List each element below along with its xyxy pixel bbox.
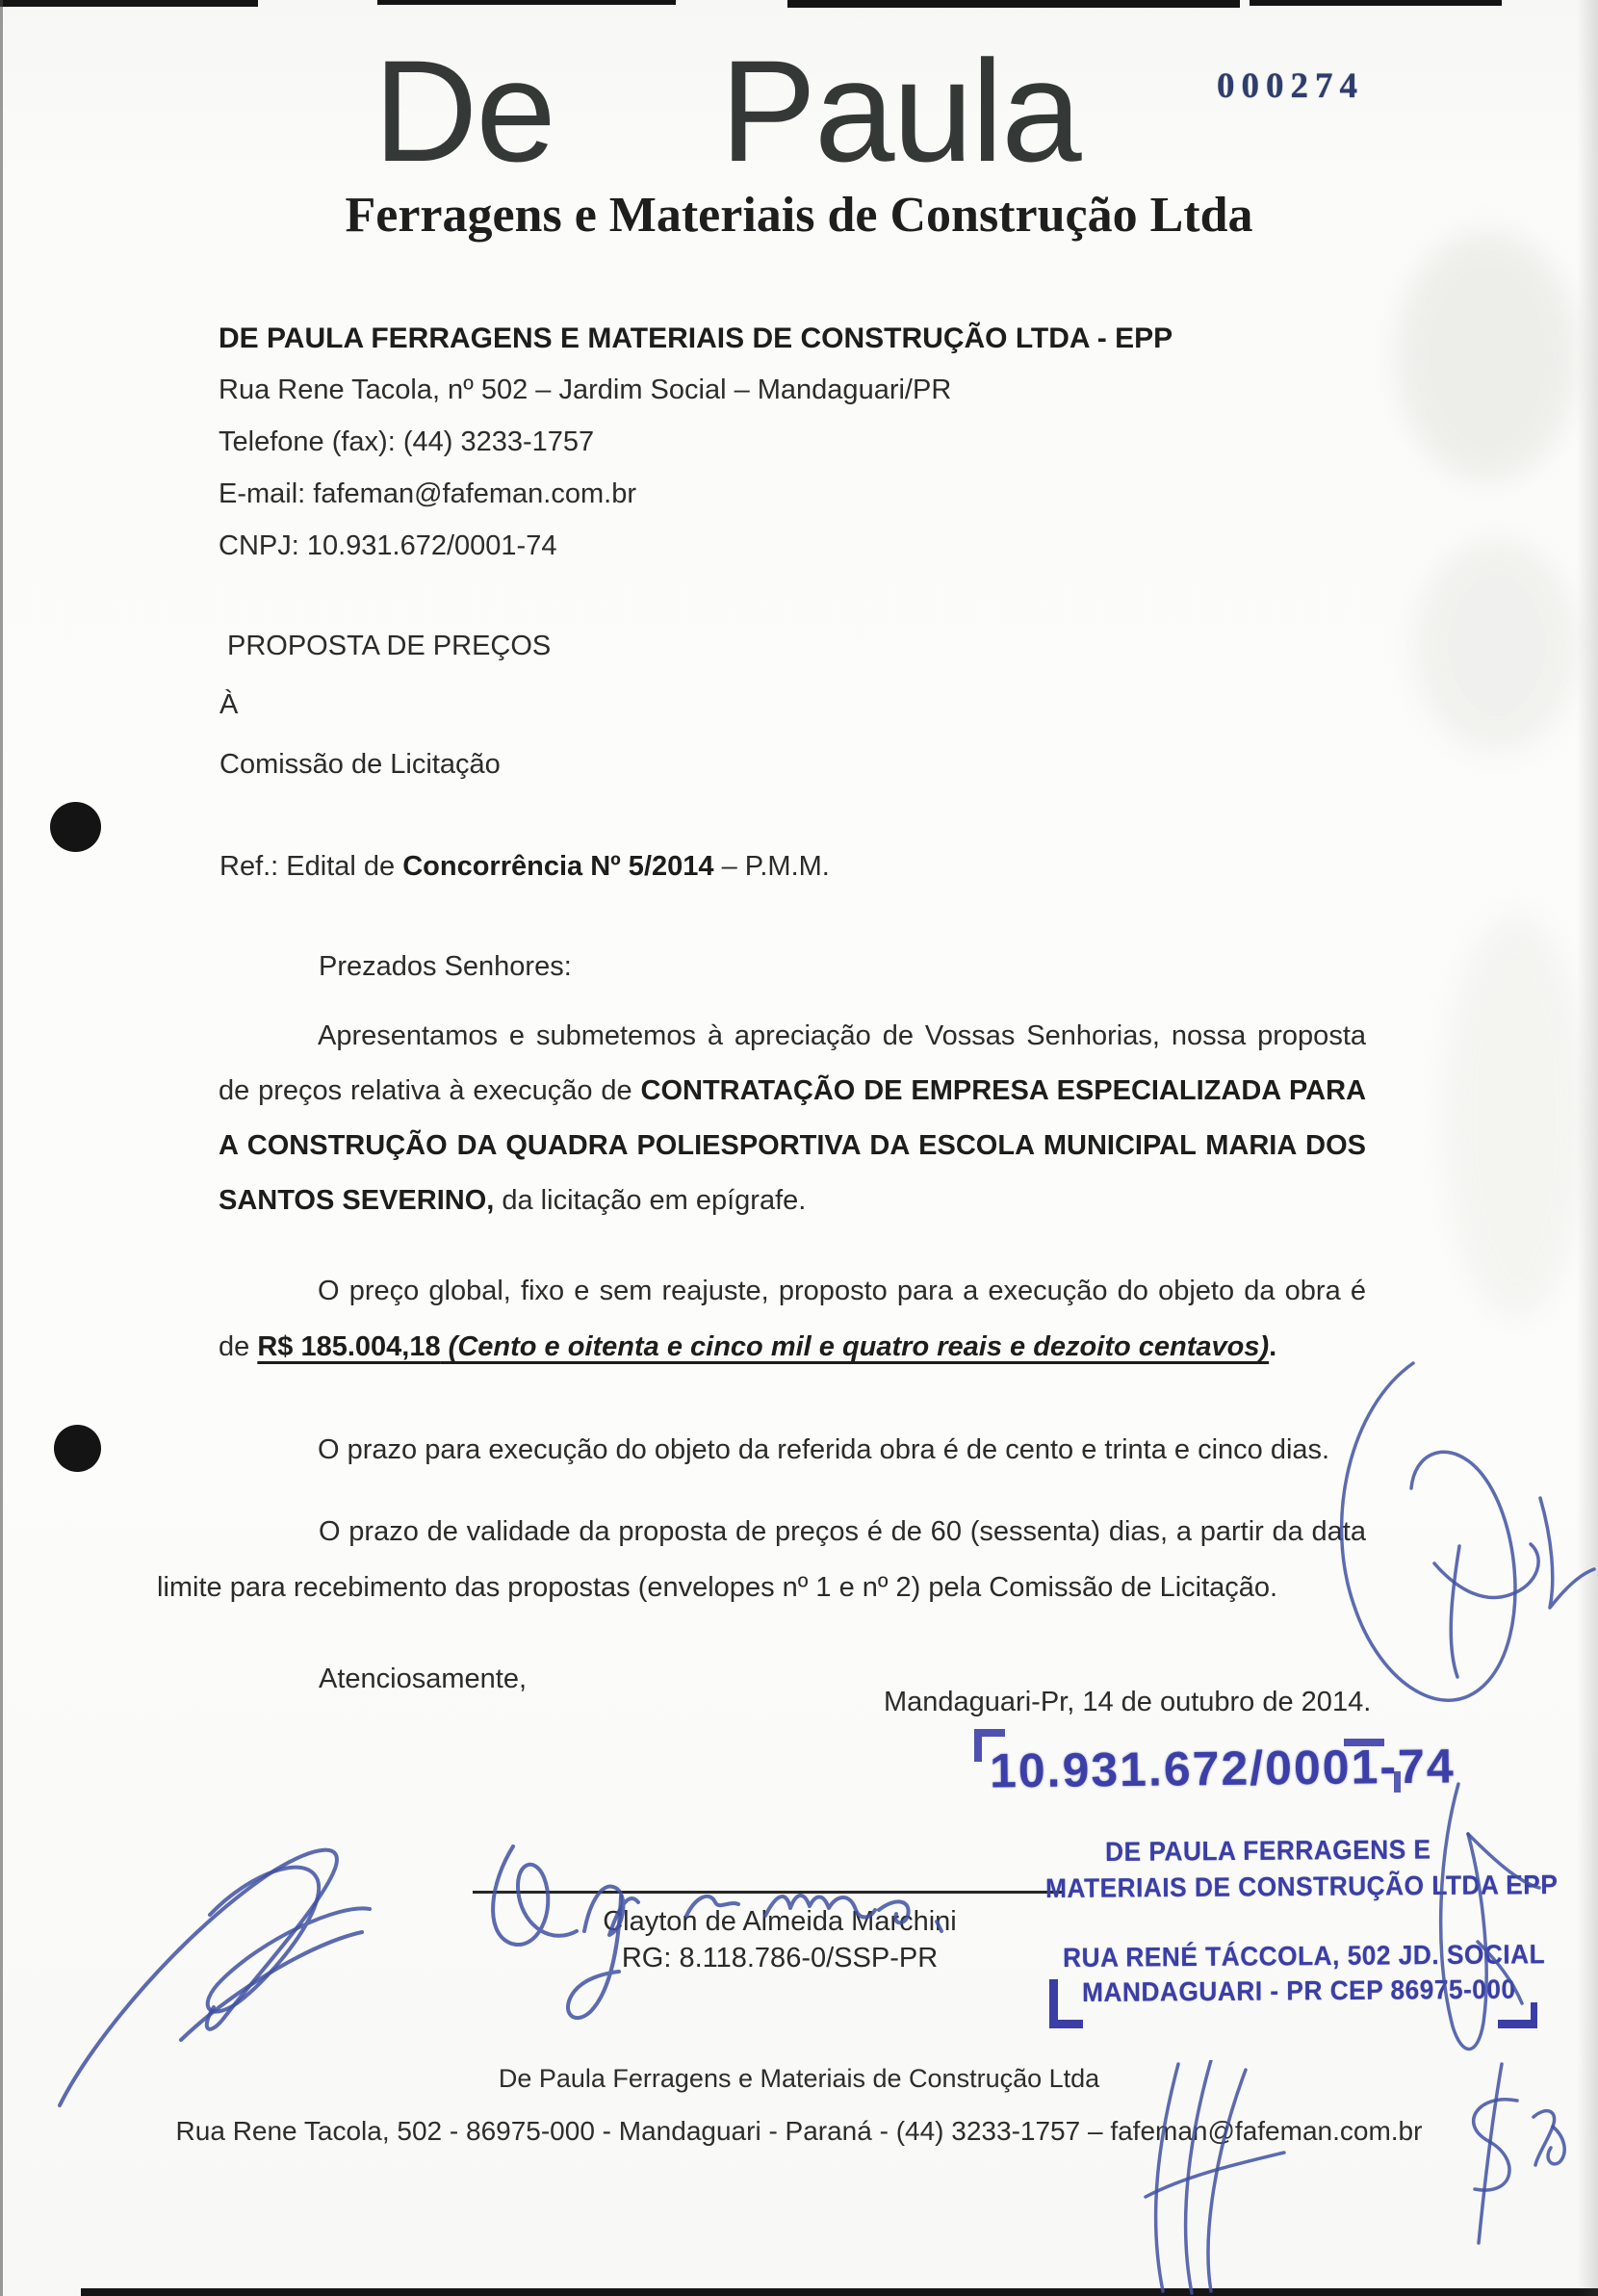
company-cnpj: CNPJ: 10.931.672/0001-74	[219, 530, 556, 562]
company-name: DE PAULA FERRAGENS E MATERIAIS DE CONSTR…	[219, 322, 1173, 355]
ink-flourish-bottom-left	[39, 1815, 424, 2113]
cnpj-stamp: 10.931.672/0001-74	[990, 1738, 1456, 1798]
address-stamp-line1: DE PAULA FERRAGENS E	[1105, 1834, 1431, 1868]
scanned-letter-page: 000274 De Paula Ferragens e Materiais de…	[0, 0, 1598, 2296]
closing: Atenciosamente,	[319, 1664, 527, 1695]
company-phone: Telefone (fax): (44) 3233-1757	[219, 426, 594, 458]
brand-word-de: De	[374, 39, 554, 183]
scan-edge-top	[787, 0, 1240, 8]
addressee-prefix: À	[219, 689, 238, 721]
ink-doodle-right	[1317, 1355, 1598, 1731]
brand-subtitle: Ferragens e Materiais de Construção Ltda	[0, 187, 1598, 244]
footer-address: Rua Rene Tacola, 502 - 86975-000 - Manda…	[0, 2116, 1598, 2147]
paragraph-object-tail: da licitação em epígrafe.	[494, 1185, 806, 1216]
paragraph-validity: O prazo de validade da proposta de preço…	[157, 1504, 1366, 1615]
ink-mark-small	[1524, 2102, 1578, 2171]
scan-ghost-smudge	[1444, 915, 1588, 1319]
paragraph-deadline: O prazo para execução do objeto da refer…	[219, 1423, 1366, 1478]
cnpj-stamp-bar-right	[1344, 1739, 1384, 1746]
ink-scribble-footer	[1119, 2060, 1306, 2296]
date-line: Mandaguari-Pr, 14 de outubro de 2014.	[884, 1687, 1371, 1718]
scan-edge-top	[1250, 0, 1502, 6]
scan-ghost-smudge	[1396, 231, 1579, 481]
page-number-stamp: 000274	[1217, 65, 1429, 107]
brand-word-paula: Paula	[720, 39, 1080, 183]
price-value: R$ 185.004,18	[257, 1331, 440, 1362]
scan-edge-bottom	[81, 2288, 1598, 2296]
paragraph-price: O preço global, fixo e sem reajuste, pro…	[219, 1263, 1366, 1375]
ink-loop-right	[1401, 1776, 1547, 2070]
scan-edge-top	[377, 0, 676, 5]
addressee: Comissão de Licitação	[219, 749, 501, 781]
handwritten-signature	[477, 1808, 996, 2034]
scan-edge-left	[0, 0, 3, 2296]
company-email: E-mail: fafeman@fafeman.com.br	[219, 478, 636, 510]
price-in-words: (Cento e oitenta e cinco mil e quatro re…	[441, 1331, 1270, 1362]
hole-punch-mark	[54, 1425, 101, 1472]
paragraph-object: Apresentamos e submetemos à apreciação d…	[219, 1009, 1366, 1228]
salutation: Prezados Senhores:	[319, 951, 572, 983]
reference-line: Ref.: Edital de Concorrência Nº 5/2014 –…	[219, 851, 830, 883]
address-stamp-corner-left	[1049, 1979, 1083, 2028]
reference-suffix: – P.M.M.	[714, 851, 830, 882]
cnpj-stamp-tick-right	[1394, 1771, 1401, 1793]
scan-ghost-smudge	[1415, 539, 1579, 751]
scan-edge-top	[0, 0, 258, 7]
reference-edital: Concorrência Nº 5/2014	[402, 851, 713, 882]
hole-punch-mark	[50, 802, 101, 852]
reference-prefix: Ref.: Edital de	[219, 851, 402, 882]
document-title: PROPOSTA DE PREÇOS	[227, 631, 551, 662]
price-period: .	[1269, 1331, 1276, 1362]
company-address: Rua Rene Tacola, nº 502 – Jardim Social …	[219, 374, 951, 406]
